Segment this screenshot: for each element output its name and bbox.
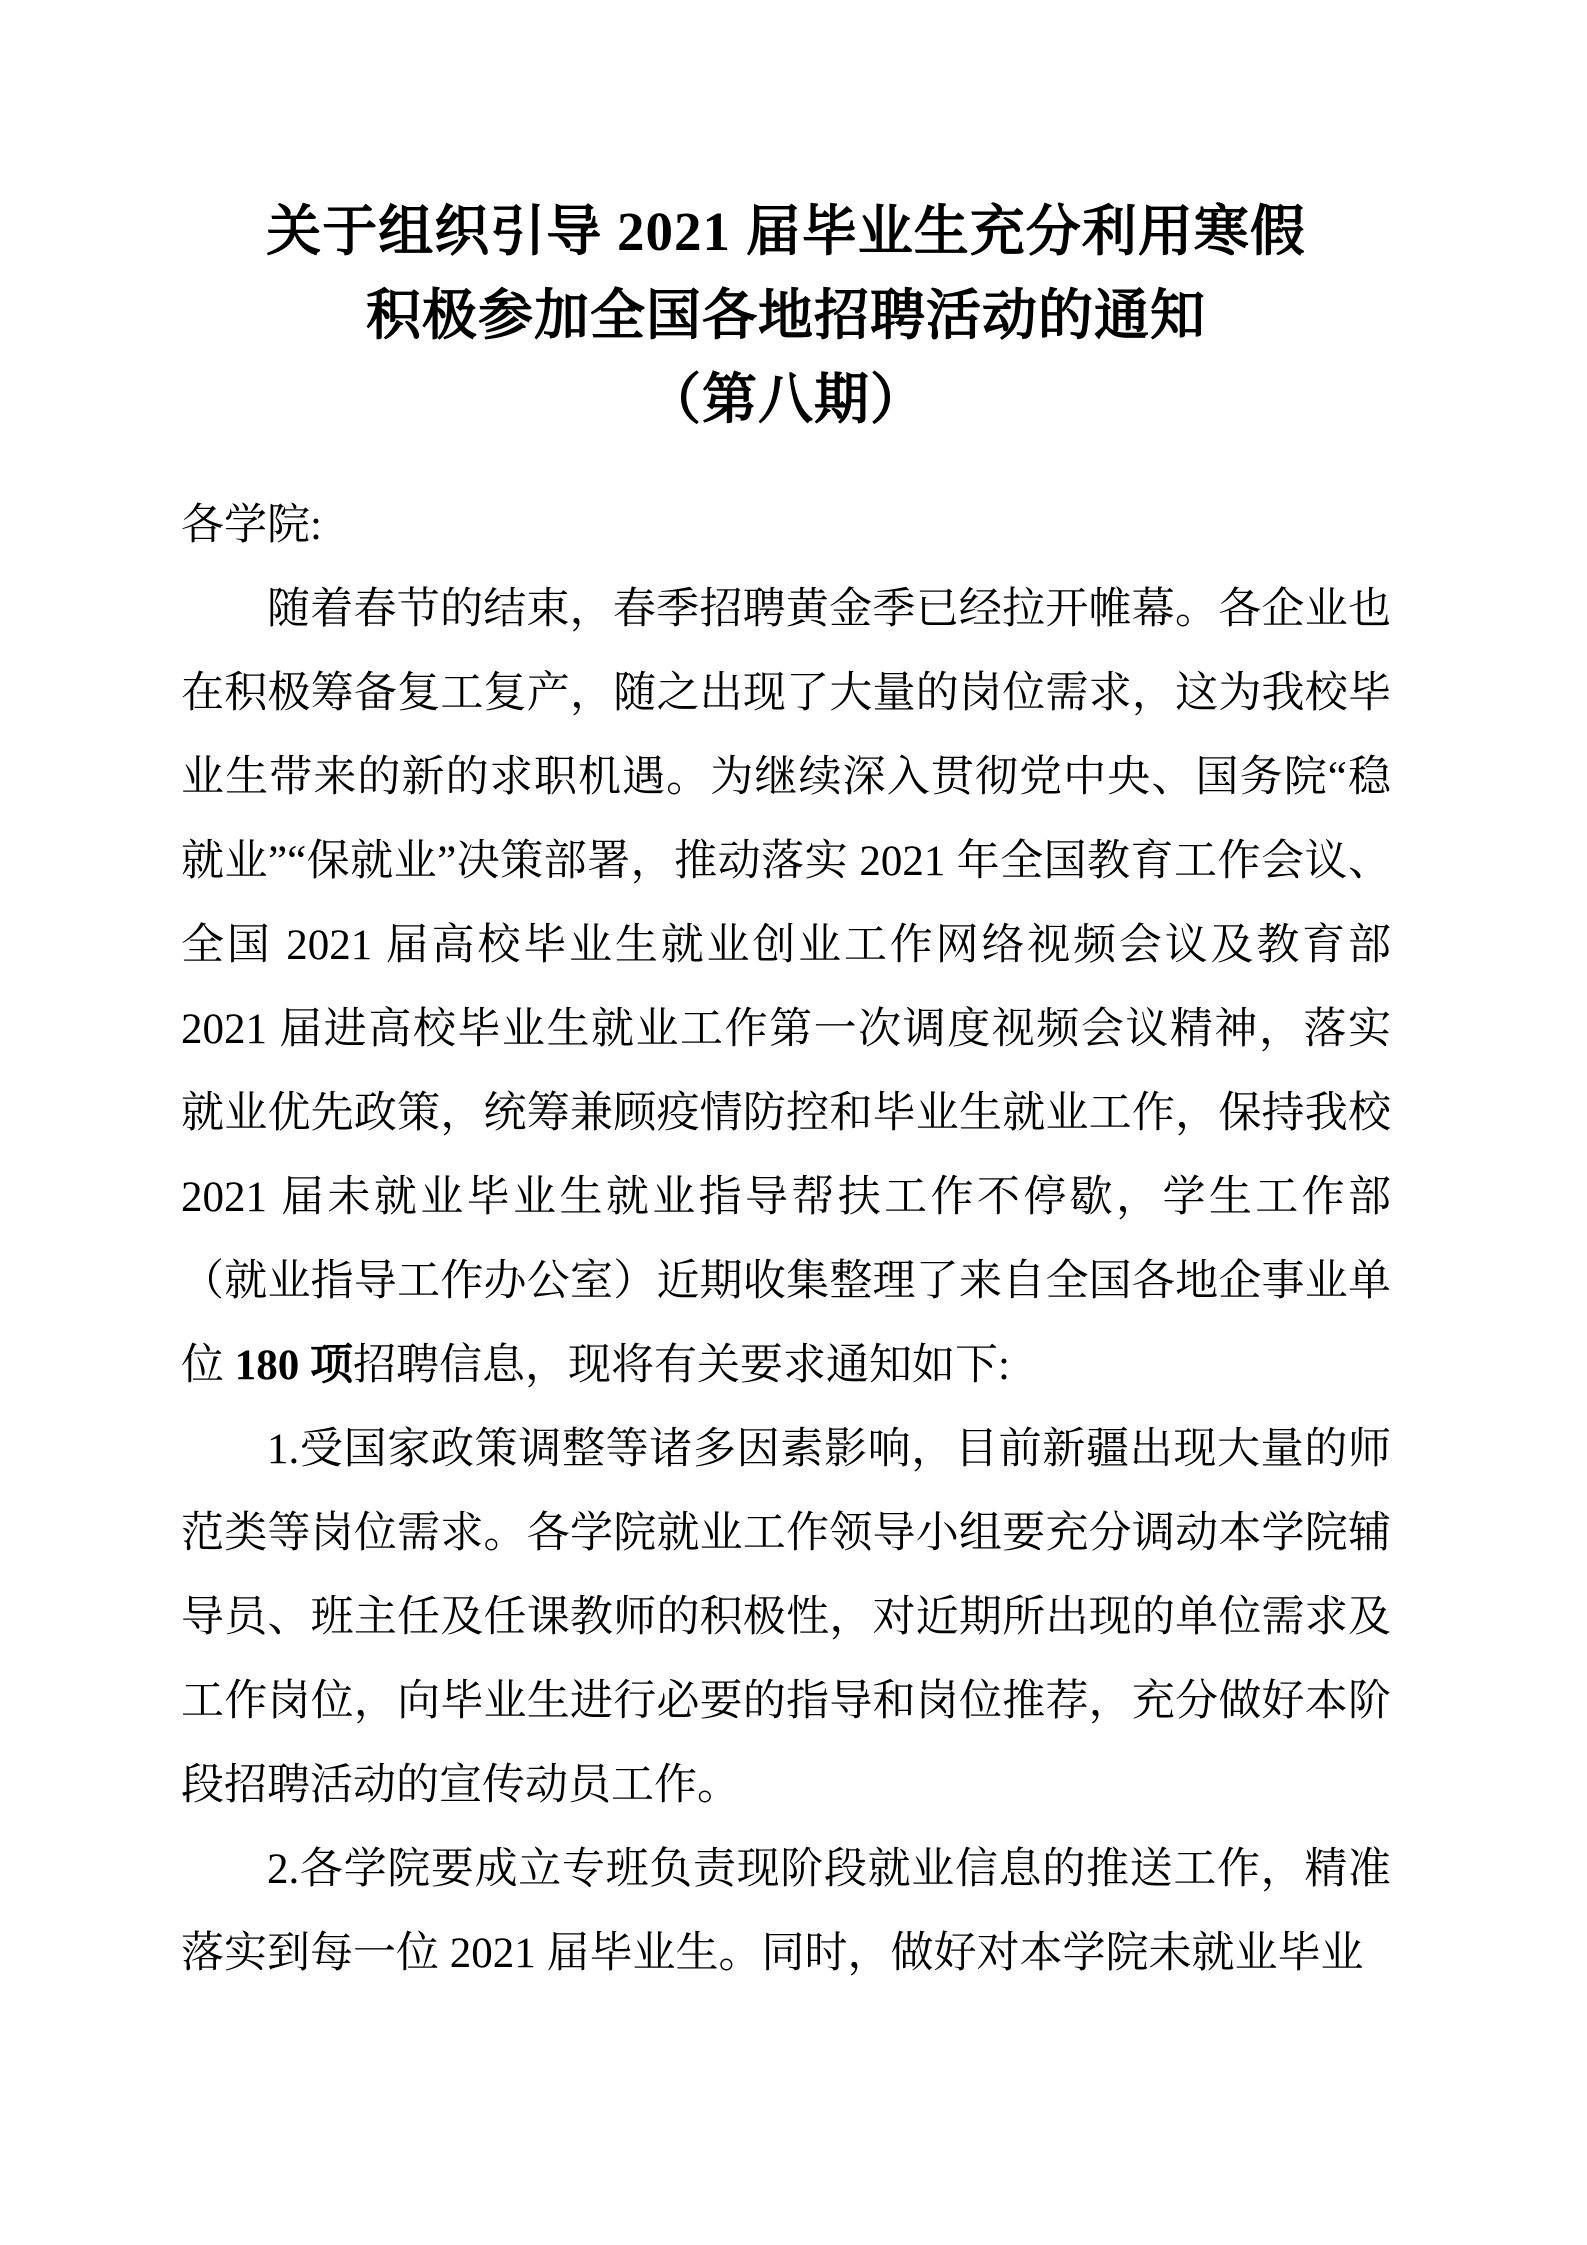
document-page-background: { "colors": { "page_background": "#fffff… [0, 0, 1587, 2245]
paragraph-intro: 随着春节的结束，春季招聘黄金季已经拉开帷幕。各企业也在积极筹备复工复产，随之出现… [181, 568, 1391, 1408]
document-sheet: 关于组织引导 2021 届毕业生充分利用寒假 积极参加全国各地招聘活动的通知 （… [0, 0, 1587, 2245]
title-line-3: （第八期） [181, 358, 1391, 442]
document-body: 各学院: 随着春节的结束，春季招聘黄金季已经拉开帷幕。各企业也在积极筹备复工复产… [181, 484, 1391, 1996]
paragraph-intro-text: 随着春节的结束，春季招聘黄金季已经拉开帷幕。各企业也在积极筹备复工复产，随之出现… [181, 586, 1391, 1389]
paragraph-intro-tail: 招聘信息，现将有关要求通知如下: [353, 1342, 1010, 1389]
salutation: 各学院: [181, 484, 1391, 568]
title-line-1: 关于组织引导 2021 届毕业生充分利用寒假 [181, 190, 1391, 274]
document-title: 关于组织引导 2021 届毕业生充分利用寒假 积极参加全国各地招聘活动的通知 （… [181, 190, 1391, 442]
paragraph-item-1: 1.受国家政策调整等诸多因素影响，目前新疆出现大量的师范类等岗位需求。各学院就业… [181, 1408, 1391, 1828]
paragraph-item-2: 2.各学院要成立专班负责现阶段就业信息的推送工作，精准落实到每一位 2021 届… [181, 1828, 1391, 1996]
recruitment-count-bold: 180 项 [235, 1342, 353, 1389]
title-line-2: 积极参加全国各地招聘活动的通知 [181, 274, 1391, 358]
